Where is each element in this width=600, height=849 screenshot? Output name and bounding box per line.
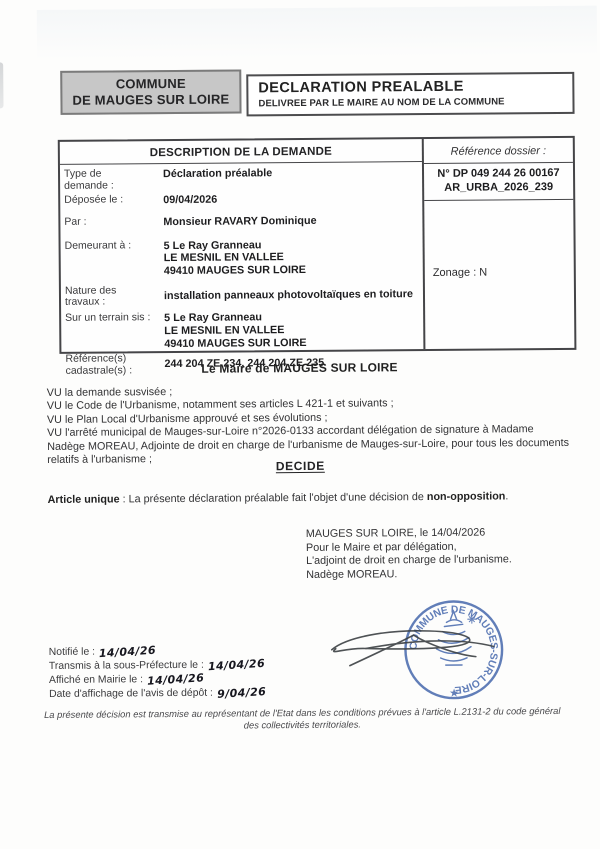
row-label: Nature des travaux :	[65, 285, 162, 309]
zonage-value: Zonage : N	[424, 200, 574, 279]
notification-dates: Notifié le :14/04/26 Transmis à la sous-…	[49, 643, 266, 701]
commune-line2: DE MAUGES SUR LOIRE	[72, 92, 229, 109]
signature-block: MAUGES SUR LOIRE, le 14/04/2026 Pour le …	[306, 526, 512, 582]
table-row-nature-travaux: Nature des travaux : installation pannea…	[65, 283, 417, 309]
demande-description-column: DESCRIPTION DE LA DEMANDE Type de demand…	[60, 139, 426, 352]
reference-column: Référence dossier : N° DP 049 244 26 001…	[424, 138, 575, 349]
signature-function: L'adjoint de droit en charge de l'urbani…	[306, 554, 512, 569]
handwritten-date: 9/04/26	[217, 685, 267, 701]
row-value: 5 Le Ray Granneau LE MESNIL EN VALLEE 49…	[162, 239, 307, 279]
row-value: Déclaration préalable	[161, 167, 272, 181]
demande-table-header: DESCRIPTION DE LA DEMANDE	[60, 139, 422, 165]
commune-line1: COMMUNE	[116, 76, 186, 93]
notify-line: Transmis à la sous-Préfecture le :14/04/…	[49, 657, 266, 673]
table-row-par: Par : Monsieur RAVARY Dominique	[64, 214, 416, 230]
table-row-terrain-sis: Sur un terrain sis : 5 Le Ray Granneau L…	[65, 310, 417, 351]
row-label: Par :	[64, 216, 161, 228]
scan-artifact-band	[37, 6, 597, 60]
document-subtitle: DELIVREE PAR LE MAIRE AU NOM DE LA COMMU…	[258, 96, 562, 109]
handwritten-date: 14/04/26	[208, 657, 266, 673]
row-label: Déposée le :	[64, 194, 161, 206]
table-row-type-demande: Type de demande : Déclaration préalable	[64, 166, 416, 192]
article-unique: Article unique : La présente déclaration…	[48, 490, 570, 508]
scanned-document-page: COMMUNE DE MAUGES SUR LOIRE DECLARATION …	[0, 0, 600, 849]
row-value: 5 Le Ray Granneau LE MESNIL EN VALLEE 49…	[162, 311, 307, 351]
legal-footer-note: La présente décision est transmise au re…	[37, 705, 567, 732]
article-prefix: Article unique	[48, 493, 120, 506]
row-value: 09/04/2026	[161, 194, 217, 207]
commune-header-box: COMMUNE DE MAUGES SUR LOIRE	[60, 69, 241, 114]
row-label: Sur un terrain sis :	[65, 312, 162, 324]
row-value: Monsieur RAVARY Dominique	[161, 215, 316, 229]
article-suffix: .	[505, 490, 508, 502]
demande-table: DESCRIPTION DE LA DEMANDE Type de demand…	[58, 136, 577, 354]
notify-label: Affiché en Mairie le :	[49, 674, 143, 686]
notify-label: Notifié le :	[49, 647, 95, 658]
scan-edge-smudge	[0, 62, 4, 108]
vu-clauses: VU la demande susvisée ; VU le Code de l…	[47, 383, 575, 468]
table-row-demeurant-a: Demeurant à : 5 Le Ray Granneau LE MESNI…	[65, 238, 417, 279]
handwritten-signature-icon	[323, 610, 509, 683]
notify-line: Date d'affichage de l'avis de dépôt :9/0…	[49, 685, 266, 701]
article-text: : La présente déclaration préalable fait…	[120, 491, 427, 505]
reference-dossier-label: Référence dossier :	[424, 138, 573, 164]
article-emphasis: non-opposition	[427, 490, 506, 503]
signature-name: Nadège MOREAU.	[306, 567, 512, 582]
document-title: DECLARATION PREALABLE	[258, 78, 562, 96]
table-row-deposee-le: Déposée le : 09/04/2026	[64, 192, 416, 208]
document-title-box: DECLARATION PREALABLE DELIVREE PAR LE MA…	[246, 72, 574, 117]
row-value: installation panneaux photovoltaïques en…	[162, 288, 413, 303]
signature-place-date: MAUGES SUR LOIRE, le 14/04/2026	[306, 526, 512, 541]
notify-label: Transmis à la sous-Préfecture le :	[49, 660, 204, 672]
row-label: Type de demande :	[64, 168, 161, 192]
stamp-star-icon: ★	[449, 688, 459, 700]
row-label: Demeurant à :	[65, 240, 162, 252]
notify-label: Date d'affichage de l'avis de dépôt :	[49, 688, 213, 700]
reference-dossier-number: N° DP 049 244 26 00167 AR_URBA_2026_239	[424, 163, 573, 201]
